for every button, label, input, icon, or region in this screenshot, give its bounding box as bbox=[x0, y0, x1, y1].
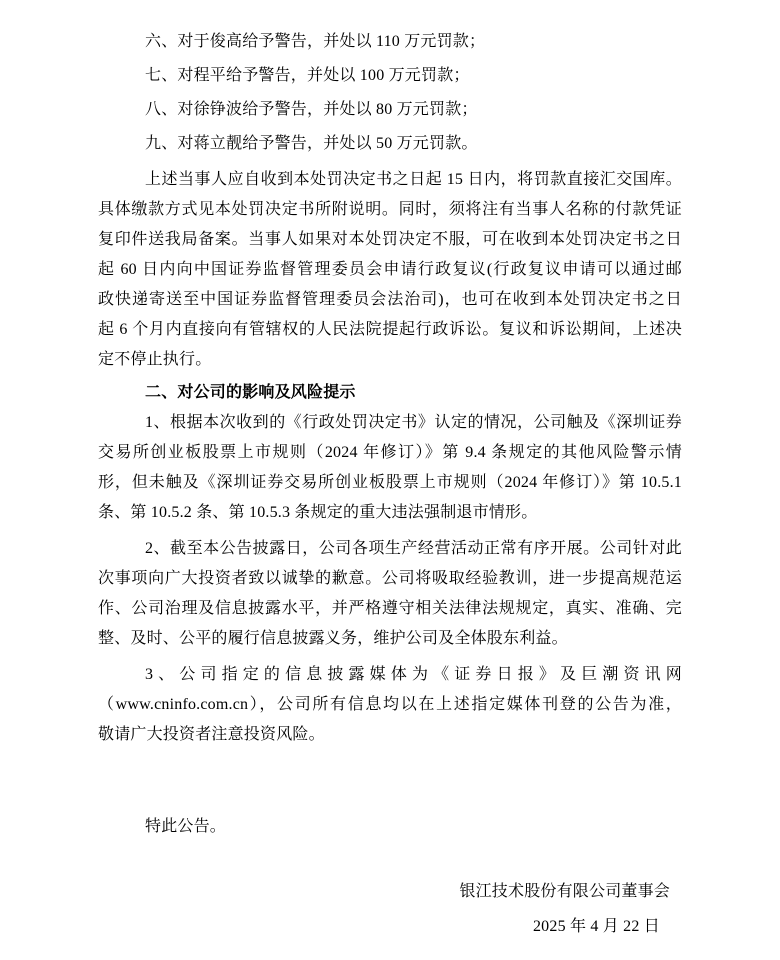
impact-paragraph: 1、根据本次收到的《行政处罚决定书》认定的情况，公司触及《深圳证券 交易所创业板… bbox=[98, 408, 682, 528]
operation-paragraph: 2、截至本公告披露日，公司各项生产经营活动正常有序开展。公司针对此 次事项向广大… bbox=[98, 534, 682, 654]
body-line: 3、公司指定的信息披露媒体为《证券日报》及巨潮资讯网 bbox=[98, 660, 682, 690]
media-paragraph: 3、公司指定的信息披露媒体为《证券日报》及巨潮资讯网 （www.cninfo.c… bbox=[98, 660, 682, 750]
body-line: 起 60 日内向中国证券监督管理委员会申请行政复议(行政复议申请可以通过邮 bbox=[98, 255, 682, 285]
penalty-item-8: 八、对徐铮波给予警告，并处以 80 万元罚款； bbox=[98, 95, 682, 125]
body-line: 具体缴款方式见本处罚决定书所附说明。同时，须将注有当事人名称的付款凭证 bbox=[98, 195, 682, 225]
body-line: 2、截至本公告披露日，公司各项生产经营活动正常有序开展。公司针对此 bbox=[98, 534, 682, 564]
announcement-page: 六、对于俊高给予警告，并处以 110 万元罚款； 七、对程平给予警告，并处以 1… bbox=[0, 0, 780, 960]
body-line: 政快递寄送至中国证券监督管理委员会法治司)，也可在收到本处罚决定书之日 bbox=[98, 285, 682, 315]
section2-heading: 二、对公司的影响及风险提示 bbox=[98, 378, 682, 408]
body-line: 整、及时、公平的履行信息披露义务，维护公司及全体股东利益。 bbox=[98, 624, 682, 654]
body-line: （www.cninfo.com.cn），公司所有信息均以在上述指定媒体刊登的公告… bbox=[98, 690, 682, 720]
body-line: 形，但未触及《深圳证券交易所创业板股票上市规则（2024 年修订）》第 10.5… bbox=[98, 468, 682, 498]
body-line: 次事项向广大投资者致以诚挚的歉意。公司将吸取经验教训，进一步提高规范运 bbox=[98, 564, 682, 594]
payment-paragraph: 上述当事人应自收到本处罚决定书之日起 15 日内，将罚款直接汇交国库。 具体缴款… bbox=[98, 165, 682, 375]
body-line: 1、根据本次收到的《行政处罚决定书》认定的情况，公司触及《深圳证券 bbox=[98, 408, 682, 438]
body-line: 交易所创业板股票上市规则（2024 年修订）》第 9.4 条规定的其他风险警示情 bbox=[98, 438, 682, 468]
signature-block: 银江技术股份有限公司董事会 2025 年 4 月 22 日 bbox=[98, 877, 682, 942]
body-line: 敬请广大投资者注意投资风险。 bbox=[98, 720, 682, 750]
document-body: 六、对于俊高给予警告，并处以 110 万元罚款； 七、对程平给予警告，并处以 1… bbox=[0, 0, 780, 942]
body-line: 复印件送我局备案。当事人如果对本处罚决定不服，可在收到本处罚决定书之日 bbox=[98, 225, 682, 255]
body-line: 定不停止执行。 bbox=[98, 345, 682, 375]
closing-line: 特此公告。 bbox=[98, 812, 682, 842]
penalty-item-7: 七、对程平给予警告，并处以 100 万元罚款； bbox=[98, 61, 682, 91]
signature-company: 银江技术股份有限公司董事会 bbox=[98, 877, 682, 907]
signature-date: 2025 年 4 月 22 日 bbox=[98, 912, 682, 942]
body-line: 上述当事人应自收到本处罚决定书之日起 15 日内，将罚款直接汇交国库。 bbox=[98, 165, 682, 195]
body-line: 起 6 个月内直接向有管辖权的人民法院提起行政诉讼。复议和诉讼期间，上述决 bbox=[98, 315, 682, 345]
body-line: 条、第 10.5.2 条、第 10.5.3 条规定的重大违法强制退市情形。 bbox=[98, 498, 682, 528]
penalty-item-6: 六、对于俊高给予警告，并处以 110 万元罚款； bbox=[98, 27, 682, 57]
body-line: 作、公司治理及信息披露水平，并严格遵守相关法律法规规定，真实、准确、完 bbox=[98, 594, 682, 624]
penalty-item-9: 九、对蒋立靓给予警告，并处以 50 万元罚款。 bbox=[98, 129, 682, 159]
